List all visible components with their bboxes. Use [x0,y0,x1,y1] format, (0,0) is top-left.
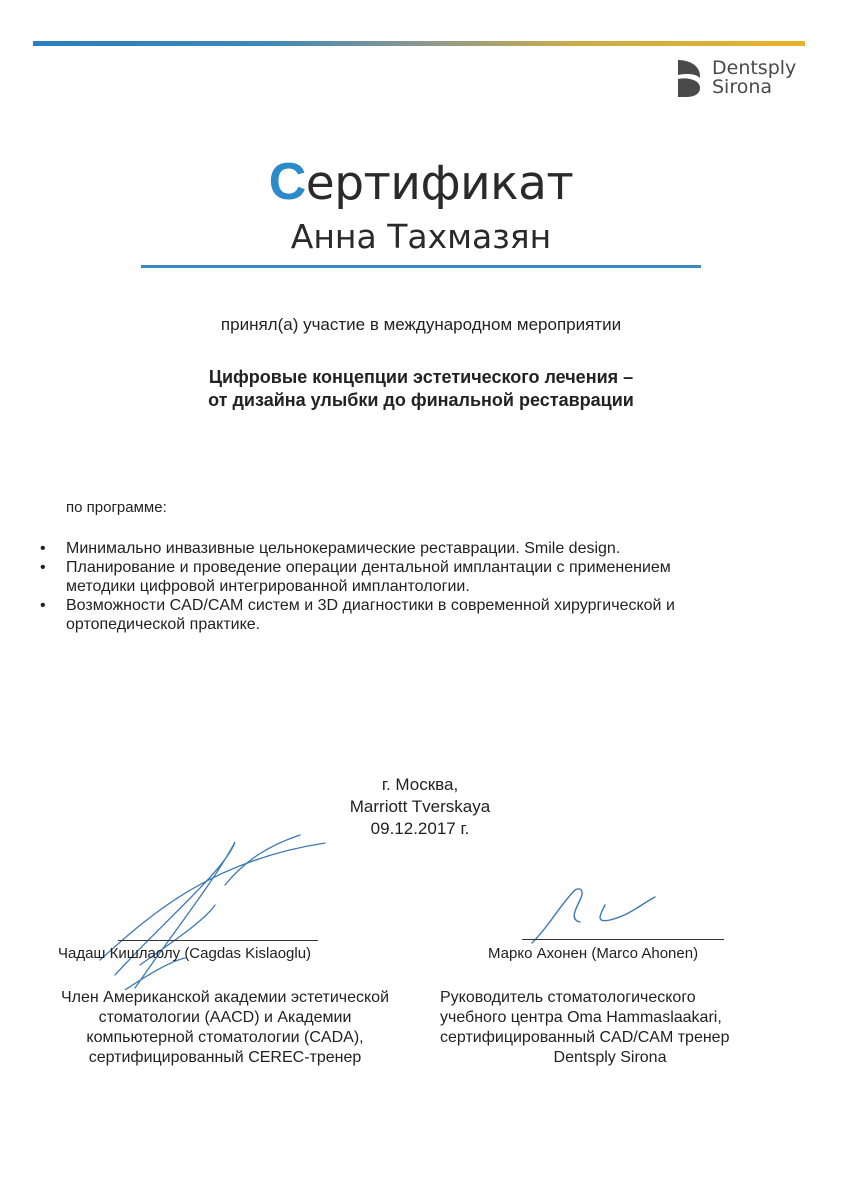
logo-wordmark: Dentsply Sirona [712,59,796,97]
role-line: Dentsply Sirona [440,1048,780,1068]
signatory-role-left: Член Американской академии эстетической … [20,988,430,1068]
participation-text: принял(а) участие в международном меропр… [0,315,842,335]
program-item: • Возможности CAD/CAM систем и 3D диагно… [36,596,756,634]
program-item-text-cont: ортопедической практике. [66,615,756,634]
bullet-icon: • [40,539,46,558]
signatory-role-right: Руководитель стоматологического учебного… [440,988,800,1068]
event-title: Цифровые концепции эстетического лечения… [0,366,842,412]
logo-text-line2: Sirona [712,78,796,97]
recipient-name: Анна Тахмазян [0,217,842,256]
program-item: • Минимально инвазивные цельнокерамическ… [36,539,756,558]
program-item: • Планирование и проведение операции ден… [36,558,756,596]
signature-right [530,885,670,945]
signatory-name-right: Марко Ахонен (Marco Ahonen) [488,945,698,962]
program-item-text: Минимально инвазивные цельнокерамические… [66,539,756,558]
signature-line-left [118,940,318,941]
program-item-text-cont: методики цифровой интегрированной имплан… [66,577,756,596]
dentsply-sirona-logo: Dentsply Sirona [676,58,796,98]
role-line: Член Американской академии эстетической [20,988,430,1008]
role-line: стоматологии (AACD) и Академии [20,1008,430,1028]
program-item-text: Планирование и проведение операции дента… [66,558,756,577]
program-label: по программе: [66,499,167,516]
certificate-title: Сертификат [0,152,842,212]
signature-left [95,830,365,990]
event-title-line1: Цифровые концепции эстетического лечения… [0,366,842,389]
role-line: учебного центра Oma Hammaslaakari, [440,1008,800,1028]
location-city: г. Москва, [300,774,540,796]
role-line: сертифицированный CEREC-тренер [20,1048,430,1068]
bullet-icon: • [40,558,46,577]
title-first-letter: С [269,153,306,211]
program-list: • Минимально инвазивные цельнокерамическ… [36,539,756,634]
title-rest: ертификат [306,156,573,211]
header-gradient-bar [33,41,805,46]
event-title-line2: от дизайна улыбки до финальной реставрац… [0,389,842,412]
location-venue: Marriott Tverskaya [300,796,540,818]
signature-line-right [522,939,724,940]
recipient-underline [141,265,701,268]
bullet-icon: • [40,596,46,615]
program-item-text: Возможности CAD/CAM систем и 3D диагност… [66,596,756,615]
role-line: сертифицированный CAD/CAM тренер [440,1028,800,1048]
signatory-name-left: Чадаш Кишлаолу (Cagdas Kislaoglu) [58,945,311,962]
role-line: компьютерной стоматологии (CADA), [20,1028,430,1048]
role-line: Руководитель стоматологического [440,988,800,1008]
dentsply-sirona-logo-icon [676,58,702,98]
